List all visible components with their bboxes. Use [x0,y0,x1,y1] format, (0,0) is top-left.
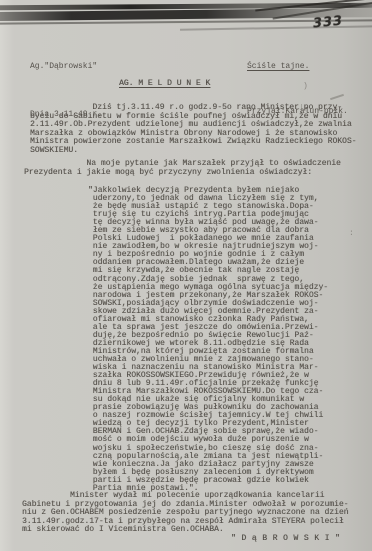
classification-stamp: Ściśle tajne. [247,59,348,74]
document-title: AG. M E L D U N E K [119,79,210,88]
scan-corner-line [255,0,372,12]
agent-codename: Ag."Dąbrowski" [30,59,102,75]
signature: " D ą B R O W S K I " [231,534,340,543]
scan-speck: : [349,229,354,238]
paragraph-closing: Minister wydał mi polecenie uporządkowan… [22,492,348,535]
quoted-statement-block: "Jakkolwiek decyzją Prezydenta byłem nie… [88,187,328,493]
document-page: 333 Ag."Dąbrowski" Dnia 3.11.49 r. Ściśl… [0,0,372,551]
paragraph-intro: Dziś tj.3.11.49 r.o godz.9-5o rano Minis… [30,104,356,156]
paragraph-question: Na moje pytanie jak Marszałek przyjął to… [24,160,341,177]
scan-edge-band [0,3,372,11]
